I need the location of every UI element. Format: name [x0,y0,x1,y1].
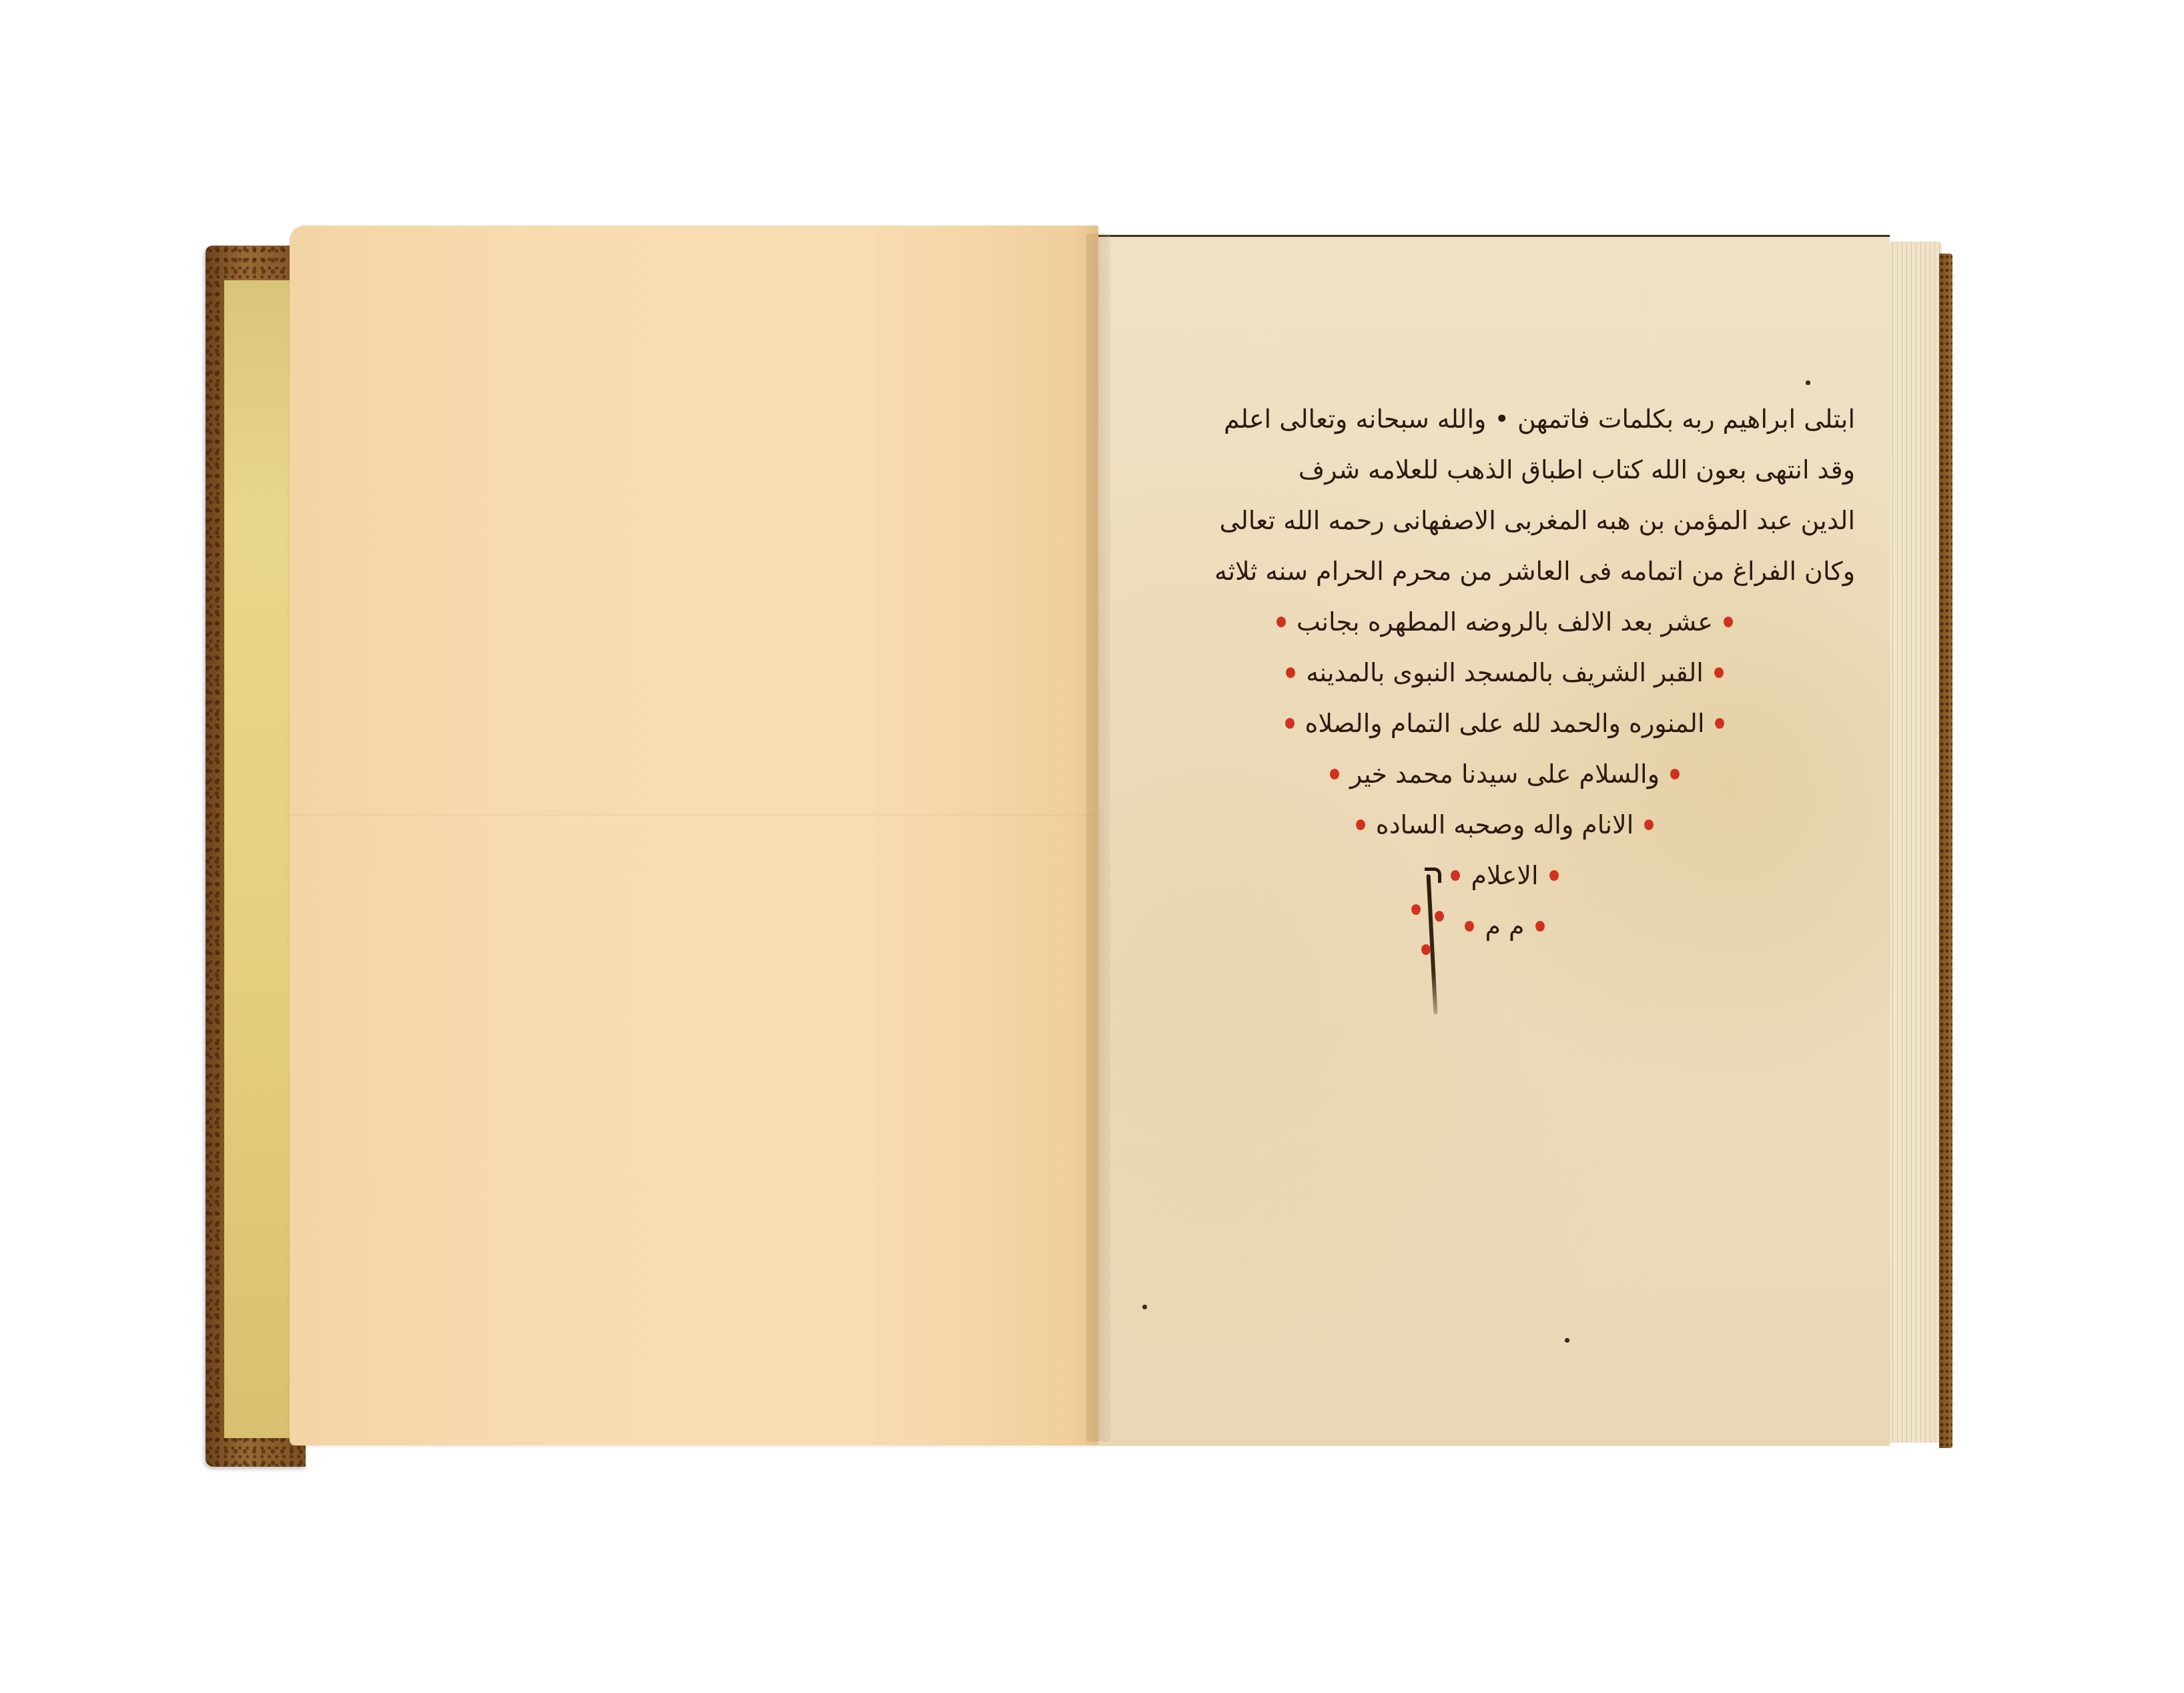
rubric-dot [1285,718,1295,729]
colophon-line-7: المنوره والحمد لله على التمام والصلاه [1154,698,1855,749]
paper-speck [1142,1305,1147,1309]
colophon-line-text: الانام واله وصحبه الساده [1376,799,1633,850]
rubric-dot [1724,617,1733,627]
blank-flyleaf-page [290,226,1098,1445]
colophon-line-text: ابتلى ابراهيم ربه بكلمات فاتمهن • والله … [1224,394,1855,444]
colophon-line-11: م م [1154,901,1855,952]
colophon-line-text: وقد انتهى بعون الله كتاب اطباق الذهب للع… [1299,444,1855,495]
rubric-dot [1330,769,1339,779]
colophon-line-text: القبر الشريف بالمسجد النبوى بالمدينه [1306,647,1704,698]
rubric-dot [1644,819,1654,830]
colophon-line-10: الاعلام [1154,850,1855,901]
colophon-text-block: ابتلى ابراهيم ربه بكلمات فاتمهن • والله … [1154,394,1855,952]
colophon-line-text: عشر بعد الالف بالروضه المطهره بجانب [1297,597,1713,647]
page-fold-line [290,814,1098,815]
rubric-dot [1549,870,1559,881]
book-gutter [1086,234,1110,1441]
colophon-line-text: والسلام على سيدنا محمد خير [1350,749,1660,799]
rubric-dot [1277,617,1286,627]
colophon-line-3: الدين عبد المؤمن بن هبه المغربى الاصفهان… [1154,495,1855,546]
paper-speck [1565,1338,1569,1343]
rubric-dot [1451,870,1460,881]
rubric-dot [1356,819,1365,830]
rubric-dot [1670,769,1680,779]
colophon-line-5: عشر بعد الالف بالروضه المطهره بجانب [1154,597,1855,647]
book-cover-right [1939,254,1952,1448]
page-edges-stack [1888,242,1942,1443]
rubric-dot [1411,904,1421,915]
colophon-line-8: والسلام على سيدنا محمد خير [1154,749,1855,799]
colophon-line-1: ابتلى ابراهيم ربه بكلمات فاتمهن • والله … [1154,394,1855,444]
endpaper [224,280,299,1438]
rubric-dot [1714,667,1724,678]
colophon-line-text: وكان الفراغ من اتمامه فى العاشر من محرم … [1214,546,1855,597]
rubric-dot [1421,944,1431,955]
colophon-line-4: وكان الفراغ من اتمامه فى العاشر من محرم … [1154,546,1855,597]
colophon-line-9: الانام واله وصحبه الساده [1154,799,1855,850]
paper-speck [1806,380,1810,385]
colophon-line-text: المنوره والحمد لله على التمام والصلاه [1305,698,1705,749]
faded-stamp [1328,334,1541,374]
colophon-line-6: القبر الشريف بالمسجد النبوى بالمدينه [1154,647,1855,698]
rubric-dot [1435,911,1444,922]
rubric-dot [1465,921,1474,932]
colophon-line-text: م م [1485,901,1524,952]
rubric-dot [1535,921,1545,932]
rubric-dot [1715,718,1724,729]
colophon-line-2: وقد انتهى بعون الله كتاب اطباق الذهب للع… [1154,444,1855,495]
rubric-dot [1286,667,1295,678]
colophon-line-text: الدين عبد المؤمن بن هبه المغربى الاصفهان… [1219,495,1855,546]
colophon-line-text: الاعلام [1471,850,1538,901]
